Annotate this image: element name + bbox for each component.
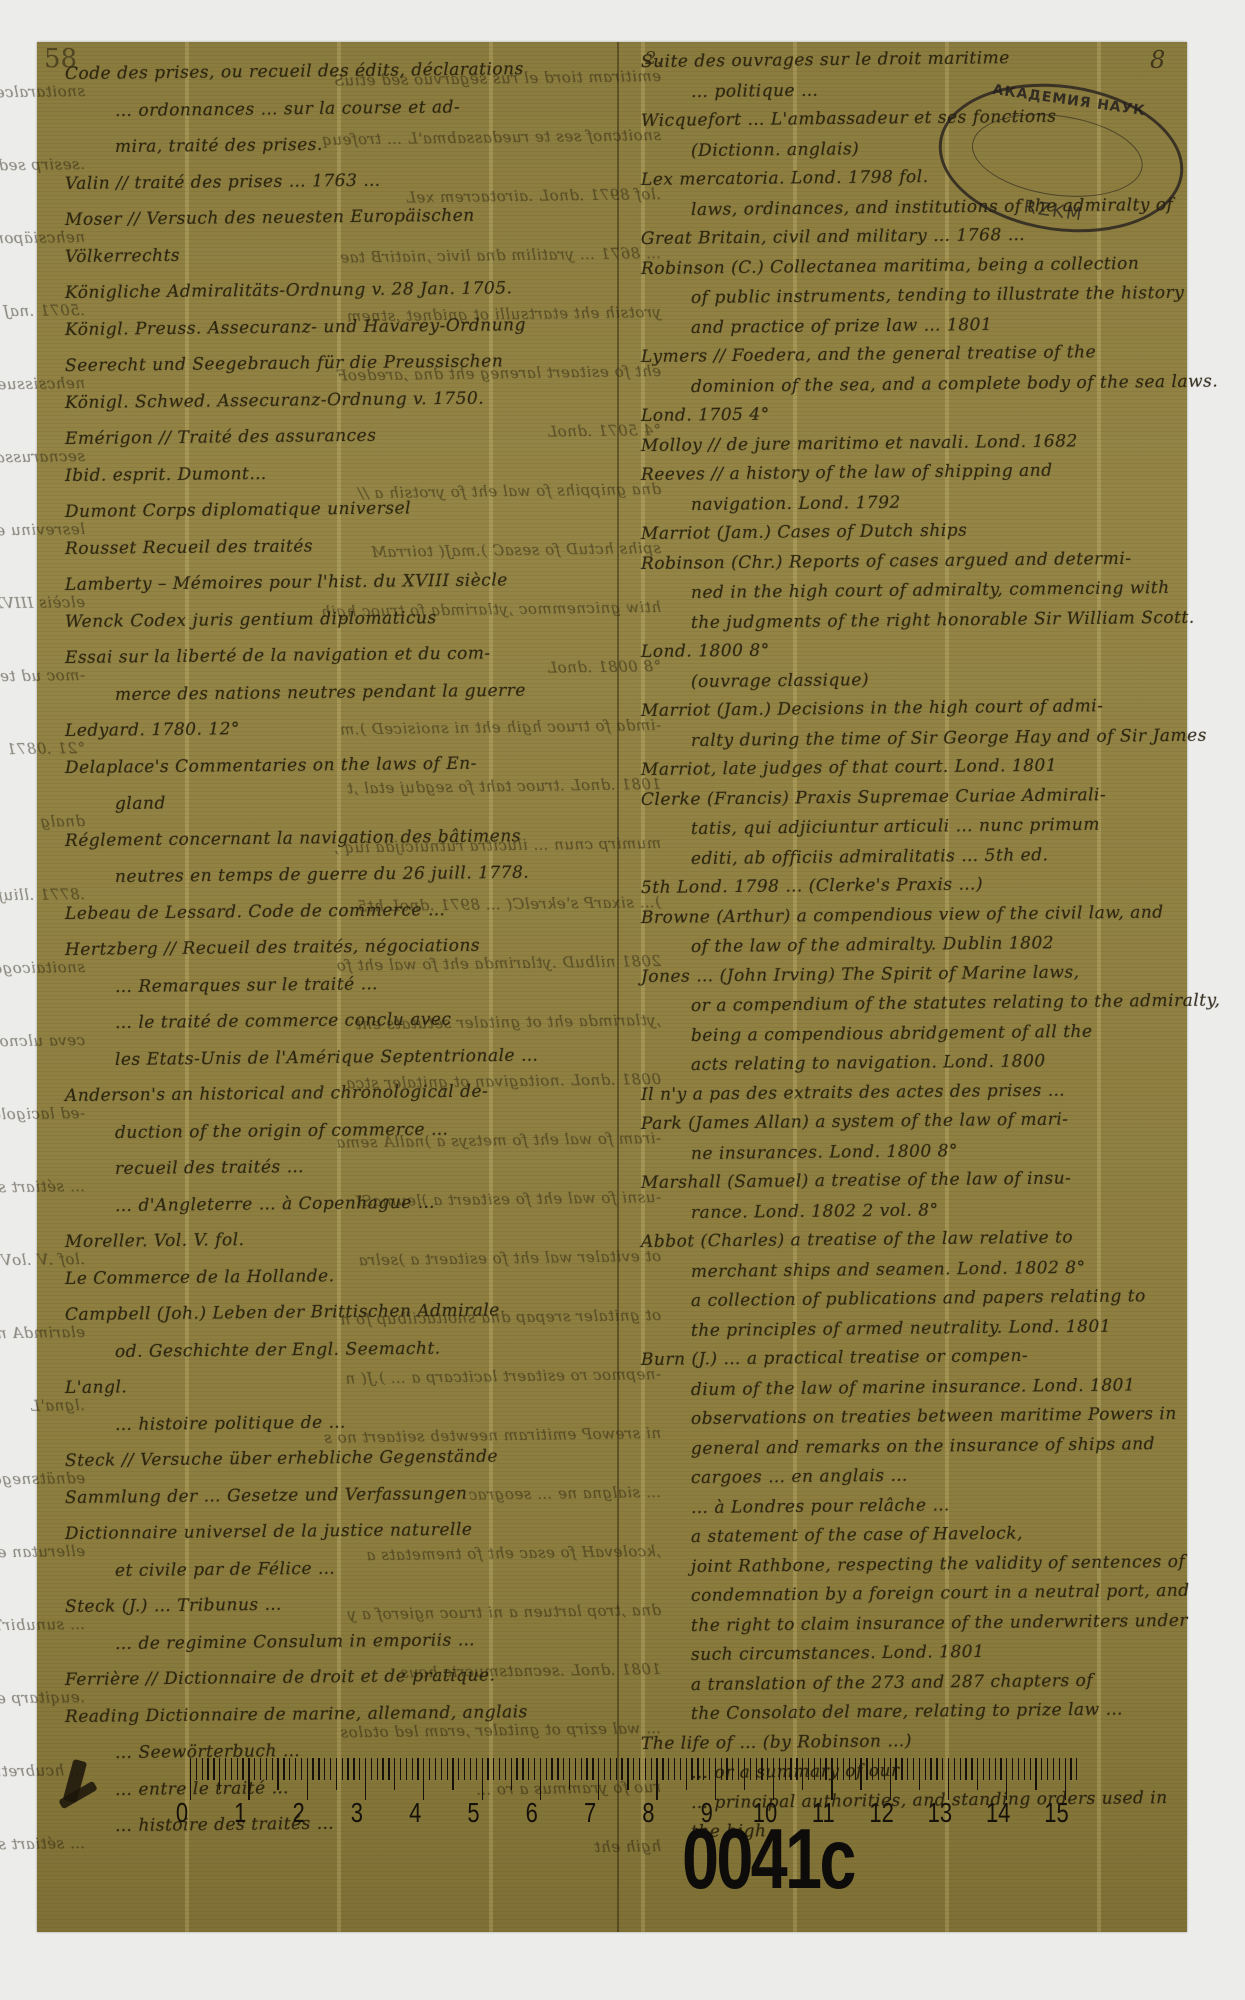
manuscript-line: tatis, qui adjiciuntur articuli … nunc p… [691, 815, 1100, 839]
ruler-tick [732, 1758, 733, 1780]
manuscript-line: a translation of the 273 and 287 chapter… [691, 1670, 1093, 1694]
ruler-tick [266, 1758, 267, 1780]
manuscript-line: L'angl. [65, 1377, 127, 1398]
manuscript-sheet: Code des prises, ou recueil des édits, d… [37, 42, 1187, 1932]
ruler-tick [901, 1758, 902, 1780]
ruler-tick [551, 1758, 552, 1780]
ruler-tick [1065, 1758, 1066, 1800]
ruler-tick [820, 1758, 821, 1780]
manuscript-line: or a compendium of the statutes relating… [691, 990, 1221, 1016]
ruler-tick [406, 1758, 407, 1780]
ruler-tick [388, 1758, 389, 1780]
ruler-tick [324, 1758, 325, 1780]
ruler-tick [196, 1758, 197, 1780]
ruler-tick [493, 1758, 494, 1780]
manuscript-line: (Dictionn. anglais) [691, 139, 859, 161]
ruler-tick [225, 1758, 226, 1780]
ruler-tick [592, 1758, 593, 1780]
manuscript-line: Lamberty – Mémoires pour l'hist. du XVII… [65, 570, 508, 595]
ruler-tick [237, 1758, 238, 1780]
left-page-text: Code des prises, ou recueil des édits, d… [37, 42, 617, 1932]
ruler-tick [843, 1758, 844, 1780]
ruler-label: 15 [1044, 1797, 1068, 1830]
ruler-label: 14 [986, 1797, 1010, 1830]
manuscript-line: Great Britain, civil and military … 1768… [641, 225, 1025, 249]
manuscript-line: and practice of prize law … 1801 [691, 314, 992, 337]
manuscript-line: … de regimine Consulum in emporiis … [115, 1630, 475, 1654]
manuscript-line: Sammlung der … Gesetze und Verfassungen [65, 1483, 468, 1507]
ruler-label: 6 [526, 1797, 538, 1830]
manuscript-line: such circumstances. Lond. 1801 [691, 1642, 985, 1665]
ruler-tick [575, 1758, 576, 1780]
manuscript-line: acts relating to navigation. Lond. 1800 [691, 1051, 1046, 1075]
manuscript-line: the Consolato del mare, relating to priz… [691, 1699, 1123, 1724]
ruler-tick [610, 1758, 611, 1780]
ruler-tick [336, 1758, 337, 1790]
ruler-tick [878, 1758, 879, 1780]
ruler-tick [371, 1758, 372, 1780]
ruler-tick [960, 1758, 961, 1780]
manuscript-line: (ouvrage classique) [691, 670, 869, 692]
ruler-tick [686, 1758, 687, 1790]
ruler-tick [522, 1758, 523, 1780]
bleed-through-text: snoitaicogén ,sétiart sed lieuceR // gre [0, 958, 85, 980]
ruler-tick [1012, 1758, 1013, 1780]
manuscript-line: Jones … (John Irving) The Spirit of Mari… [641, 962, 1080, 987]
manuscript-line: a statement of the case of Havelock, [691, 1524, 1023, 1547]
ruler-tick [831, 1758, 832, 1800]
ruler-tick [925, 1758, 926, 1780]
manuscript-line: Clerke (Francis) Praxis Supremae Curiae … [641, 785, 1106, 810]
manuscript-line: Moreller. Vol. V. fol. [65, 1230, 245, 1252]
ruler-tick [528, 1758, 529, 1780]
ruler-tick [907, 1758, 908, 1780]
ruler-tick [697, 1758, 698, 1780]
ruler-tick [948, 1758, 949, 1800]
ruler-tick [417, 1758, 418, 1780]
ruler-tick [464, 1758, 465, 1780]
manuscript-line: Ledyard. 1780. 12° [65, 719, 240, 741]
manuscript-line: Burn (J.) … a practical treatise or comp… [641, 1346, 1028, 1370]
ruler-tick [260, 1758, 261, 1780]
ruler-tick [569, 1758, 570, 1790]
ruler-tick [936, 1758, 937, 1780]
ruler-tick [855, 1758, 856, 1780]
ruler-tick [347, 1758, 348, 1780]
ruler-tick [954, 1758, 955, 1780]
ruler-tick [942, 1758, 943, 1780]
manuscript-line: … ordonnances … sur la course et ad- [115, 97, 460, 121]
ruler-label: 0 [176, 1797, 188, 1830]
folio-number: 8 [1150, 46, 1165, 74]
ruler-tick [779, 1758, 780, 1780]
ruler-tick [895, 1758, 896, 1780]
ruler-tick [1076, 1758, 1077, 1780]
manuscript-line: Lymers // Foedera, and the general treat… [641, 342, 1096, 367]
bleed-through-text: .sesirp sed étiart ,arim [0, 155, 85, 176]
ruler-tick [703, 1758, 704, 1780]
ruler-tick [353, 1758, 354, 1780]
ruler-tick [1018, 1758, 1019, 1780]
ruler-label: 8 [642, 1797, 654, 1830]
ruler-tick [476, 1758, 477, 1780]
manuscript-line: observations on treaties between maritim… [691, 1404, 1177, 1429]
ruler-tick [586, 1758, 587, 1780]
ruler-tick [674, 1758, 675, 1780]
manuscript-line: les Etats-Unis de l'Amérique Septentrion… [115, 1045, 539, 1069]
manuscript-line: Königliche Admiralitäts-Ordnung v. 28 Ja… [65, 278, 513, 303]
ruler-tick [884, 1758, 885, 1780]
ruler-tick [207, 1758, 208, 1780]
ruler-tick [505, 1758, 506, 1780]
ruler-tick [1006, 1758, 1007, 1800]
bleed-through-text: -moc ud te noitagivan al ed étrebil al r [0, 666, 85, 688]
manuscript-line: Marriot (Jam.) Decisions in the high cou… [641, 696, 1104, 721]
ruler-tick [441, 1758, 442, 1780]
ruler-tick [825, 1758, 826, 1780]
manuscript-line: ralty during the time of Sir George Hay … [691, 725, 1207, 750]
manuscript-line: Königl. Schwed. Assecuranz-Ordnung v. 17… [65, 388, 484, 412]
ruler-tick [1030, 1758, 1031, 1780]
manuscript-line: Marshall (Samuel) a treatise of the law … [641, 1168, 1072, 1193]
manuscript-line: Abbot (Charles) a treatise of the law re… [641, 1227, 1073, 1252]
manuscript-line: ne insurances. Lond. 1800 8° [691, 1141, 958, 1164]
ruler-tick [1053, 1758, 1054, 1780]
manuscript-line: Browne (Arthur) a compendious view of th… [641, 902, 1164, 927]
ruler-tick [377, 1758, 378, 1780]
manuscript-line: Lex mercatoria. Lond. 1798 fol. [641, 167, 929, 190]
ruler-label: 1 [234, 1797, 246, 1830]
archive-label: 0041c [682, 1810, 854, 1908]
manuscript-line: being a compendious abridgement of all t… [691, 1021, 1093, 1045]
ruler-tick [995, 1758, 996, 1780]
manuscript-line: neutres en temps de guerre du 26 juill. … [115, 863, 529, 887]
ruler-tick [283, 1758, 284, 1780]
bleed-through-text: ellerutan ecitsuj al ed lesrevinu eriann [0, 1542, 85, 1564]
ruler-tick [342, 1758, 343, 1780]
manuscript-line: recueil des traités … [115, 1157, 304, 1179]
manuscript-line: mira, traité des prises. [115, 135, 323, 157]
manuscript-line: general and remarks on the insurance of … [691, 1434, 1155, 1459]
manuscript-line: a collection of publications and papers … [691, 1286, 1146, 1311]
ruler-tick [989, 1758, 990, 1780]
ruler-tick [511, 1758, 512, 1790]
ruler-tick [435, 1758, 436, 1780]
manuscript-line: et civile par de Félice … [115, 1558, 336, 1580]
bleed-through-text: spihs hctuD fo sesaC ).maJ( toirraM [371, 539, 661, 561]
ruler-tick [557, 1758, 558, 1780]
ruler-tick [721, 1758, 722, 1780]
ruler-tick [668, 1758, 669, 1780]
ruler-tick [447, 1758, 448, 1780]
manuscript-line: dominion of the sea, and a complete body… [691, 371, 1218, 397]
ruler-tick [412, 1758, 413, 1780]
bleed-through-text: snoitaralcéd ,stidé sed lieucer uo ,sesi [0, 82, 85, 104]
manuscript-line: navigation. Lond. 1792 [691, 492, 901, 514]
manuscript-line: dium of the law of marine insurance. Lon… [691, 1375, 1135, 1400]
ruler-tick [656, 1758, 657, 1800]
ruler-tick [1000, 1758, 1001, 1780]
ruler-tick [651, 1758, 652, 1780]
ruler-tick [190, 1758, 191, 1800]
ruler-tick [1047, 1758, 1048, 1780]
ruler-tick [359, 1758, 360, 1780]
manuscript-line: … à Londres pour relâche … [691, 1495, 950, 1518]
ruler-label: 12 [869, 1797, 893, 1830]
bleed-through-text: … sialgna ne … seograc [468, 1483, 661, 1504]
manuscript-line: cargoes … en anglais … [691, 1466, 908, 1488]
bleed-through-text: °8 0081 .dnoL [547, 657, 662, 677]
right-page-number: 2. [645, 48, 662, 69]
ruler-tick [977, 1758, 978, 1790]
manuscript-line: the principles of armed neutrality. Lond… [691, 1316, 1111, 1340]
manuscript-line: The life of … (by Robinson …) [641, 1731, 912, 1754]
manuscript-line: gland [115, 793, 166, 814]
manuscript-line: Steck (J.) … Tribunus … [65, 1595, 282, 1617]
left-page: Code des prises, ou recueil des édits, d… [37, 42, 619, 1932]
ruler-tick [645, 1758, 646, 1780]
ruler-tick [715, 1758, 716, 1800]
ruler-tick [330, 1758, 331, 1780]
ruler-tick [971, 1758, 972, 1780]
ruler-tick [680, 1758, 681, 1780]
ruler-label: 7 [584, 1797, 596, 1830]
ruler-tick [790, 1758, 791, 1780]
ruler-tick [365, 1758, 366, 1800]
manuscript-line: the right to claim insurance of the unde… [691, 1610, 1188, 1635]
measurement-ruler: 0123456789101112131415 [190, 1758, 1080, 1828]
ruler-tick [312, 1758, 313, 1780]
ruler-tick [866, 1758, 867, 1780]
ruler-tick [598, 1758, 599, 1800]
ruler-tick [662, 1758, 663, 1780]
manuscript-line: editi, ab officiis admiralitatis … 5th e… [691, 845, 1049, 869]
manuscript-line: Valin // traité des prises … 1763 … [65, 170, 381, 193]
manuscript-line: Delaplace's Commentaries on the laws of … [65, 753, 477, 777]
manuscript-line: condemnation by a foreign court in a neu… [691, 1581, 1190, 1606]
manuscript-line: Marriot, late judges of that court. Lond… [641, 756, 1057, 780]
ruler-tick [499, 1758, 500, 1780]
ruler-tick [202, 1758, 203, 1780]
manuscript-line: Robinson (Chr.) Reports of cases argued … [641, 548, 1132, 573]
manuscript-line: Moser // Versuch des neuesten Europäisch… [65, 206, 475, 230]
ruler-tick [534, 1758, 535, 1780]
manuscript-line: merce des nations neutres pendant la gue… [115, 680, 526, 704]
ruler-tick [458, 1758, 459, 1780]
bleed-through-text: dnalg [40, 812, 85, 831]
manuscript-line: ned in the high court of admiralty, comm… [691, 578, 1170, 603]
manuscript-line: Emérigon // Traité des assurances [65, 426, 377, 449]
ruler-tick [289, 1758, 290, 1780]
ruler-tick [429, 1758, 430, 1780]
ruler-tick [814, 1758, 815, 1780]
ruler-label: 3 [351, 1797, 363, 1830]
manuscript-line: Suite des ouvrages sur le droit maritime [641, 48, 1010, 72]
ruler-tick [254, 1758, 255, 1780]
manuscript-line: Marriot (Jam.) Cases of Dutch ships [641, 521, 968, 544]
ruler-tick [621, 1758, 622, 1780]
ruler-tick [301, 1758, 302, 1780]
ruler-tick [295, 1758, 296, 1780]
ruler-tick [767, 1758, 768, 1780]
manuscript-line: … politique … [691, 80, 819, 101]
ruler-tick [709, 1758, 710, 1780]
ruler-tick [773, 1758, 774, 1800]
manuscript-line: Ibid. esprit. Dumont… [65, 463, 267, 485]
ruler-tick [277, 1758, 278, 1790]
ruler-label: 13 [928, 1797, 952, 1830]
ruler-tick [890, 1758, 891, 1800]
manuscript-line: Le Commerce de la Hollande. [65, 1266, 335, 1289]
right-page-text: Suite des ouvrages sur le droit maritime… [619, 42, 1187, 1932]
manuscript-line: Essai sur la liberté de la navigation et… [65, 644, 491, 668]
manuscript-line: the judgments of the right honorable Sir… [691, 607, 1195, 632]
ruler-tick [452, 1758, 453, 1790]
ruler-tick [750, 1758, 751, 1780]
manuscript-line: Völkerrechts [65, 245, 180, 266]
ruler-tick [604, 1758, 605, 1780]
ruler-tick [400, 1758, 401, 1780]
bleed-through-text: 1081 .dnoL .secnatsmucric hcus [400, 1660, 661, 1682]
manuscript-line: 5th Lond. 1798 … (Clerke's Praxis …) [641, 874, 983, 898]
ruler-tick [796, 1758, 797, 1780]
ruler-tick [756, 1758, 757, 1780]
ruler-tick [849, 1758, 850, 1780]
right-page: Suite des ouvrages sur le droit maritime… [619, 42, 1187, 1932]
manuscript-line: Molloy // de jure maritimo et navali. Lo… [641, 431, 1078, 456]
corner-mark: 58 [44, 44, 77, 74]
bleed-through-text: elarimdA nehcsittirB red nebeL ).hoJ( ll [0, 1323, 85, 1345]
bleed-through-text: … sétiart sed lieucer [0, 1177, 85, 1197]
ruler-tick [1041, 1758, 1042, 1780]
ruler-tick [581, 1758, 582, 1780]
manuscript-line: Reeves // a history of the law of shippi… [641, 461, 1053, 485]
ruler-tick [802, 1758, 803, 1790]
ruler-tick [738, 1758, 739, 1780]
ruler-tick [272, 1758, 273, 1780]
ruler-tick [487, 1758, 488, 1780]
bleed-through-text: ,kcolevaH fo esac eht fo tnemetats a [366, 1542, 661, 1564]
ruler-tick [726, 1758, 727, 1780]
ruler-tick [691, 1758, 692, 1780]
ruler-ticks [190, 1758, 1080, 1800]
ruler-tick [423, 1758, 424, 1800]
ruler-tick [516, 1758, 517, 1780]
manuscript-line: Dictionnaire universel de la justice nat… [65, 1520, 473, 1544]
manuscript-line: Rousset Recueil des traités [65, 536, 313, 559]
ruler-label: 2 [292, 1797, 304, 1830]
ruler-tick [633, 1758, 634, 1780]
ruler-tick [1024, 1758, 1025, 1780]
bleed-through-text: … sétiart sed eriotsih … [0, 1834, 85, 1855]
ruler-label: 5 [467, 1797, 479, 1830]
ruler-tick [242, 1758, 243, 1780]
bleed-through-text: °21 .0871 .draydeL [0, 739, 85, 759]
manuscript-line: rance. Lond. 1802 2 vol. 8° [691, 1200, 939, 1223]
manuscript-line: joint Rathbone, respecting the validity … [691, 1551, 1185, 1576]
ruler-tick [761, 1758, 762, 1780]
ruler-tick [744, 1758, 745, 1790]
bleed-through-text: ceva ulcnoc ecremmoc ed étiart el … [0, 1031, 85, 1053]
bleed-through-text: .lof .V .loV .relleroM [0, 1250, 85, 1270]
manuscript-line: … histoire politique de … [115, 1412, 346, 1434]
ruler-tick [540, 1758, 541, 1800]
ruler-tick [563, 1758, 564, 1780]
ruler-tick [616, 1758, 617, 1780]
ruler-tick [394, 1758, 395, 1790]
ruler-label: 4 [409, 1797, 421, 1830]
manuscript-line: … Remarques sur le traité … [115, 974, 378, 997]
ruler-tick [1035, 1758, 1036, 1790]
ruler-tick [627, 1758, 628, 1790]
ruler-tick [231, 1758, 232, 1780]
manuscript-line: Il n'y a pas des extraits des actes des … [641, 1080, 1065, 1104]
manuscript-line: od. Geschichte der Engl. Seemacht. [115, 1338, 441, 1361]
ruler-tick [837, 1758, 838, 1780]
manuscript-line: Park (James Allan) a system of the law o… [641, 1110, 1069, 1134]
manuscript-line: of the law of the admiralty. Dublin 1802 [691, 933, 1054, 957]
ruler-tick [913, 1758, 914, 1780]
ruler-tick [983, 1758, 984, 1780]
ruler-tick [919, 1758, 920, 1790]
ruler-tick [470, 1758, 471, 1780]
manuscript-line: Steck // Versuche über erhebliche Gegens… [65, 1446, 498, 1471]
ruler-tick [1070, 1758, 1071, 1780]
bleed-through-text: … sunubirT … ).J( kcetS [0, 1615, 85, 1636]
ruler-tick [307, 1758, 308, 1800]
ruler-tick [930, 1758, 931, 1780]
manuscript-line: merchant ships and seamen. Lond. 1802 8° [691, 1257, 1086, 1281]
bleed-through-text: -ed lacigolonorhc dna lacirotsih na s'no [0, 1104, 85, 1126]
bleed-through-text: .lof 8971 .dnoL .airotacrem xeL [405, 185, 661, 207]
ruler-tick [213, 1758, 214, 1780]
ruler-tick [219, 1758, 220, 1790]
ruler-tick [546, 1758, 547, 1780]
ruler-tick [808, 1758, 809, 1780]
ruler-tick [872, 1758, 873, 1780]
ruler-tick [639, 1758, 640, 1780]
ruler-tick [248, 1758, 249, 1800]
ruler-tick [785, 1758, 786, 1780]
ruler-tick [1059, 1758, 1060, 1780]
ruler-tick [482, 1758, 483, 1800]
manuscript-line: Robinson (C.) Collectanea maritima, bein… [641, 253, 1139, 278]
ruler-tick [965, 1758, 966, 1780]
manuscript-line: of public instruments, tending to illust… [691, 283, 1185, 308]
bleed-through-text: .lgna'L [30, 1396, 86, 1415]
ruler-tick [860, 1758, 861, 1790]
bleed-through-text: hgih eht [594, 1837, 661, 1856]
ruler-tick [318, 1758, 319, 1780]
ruler-tick [382, 1758, 383, 1780]
